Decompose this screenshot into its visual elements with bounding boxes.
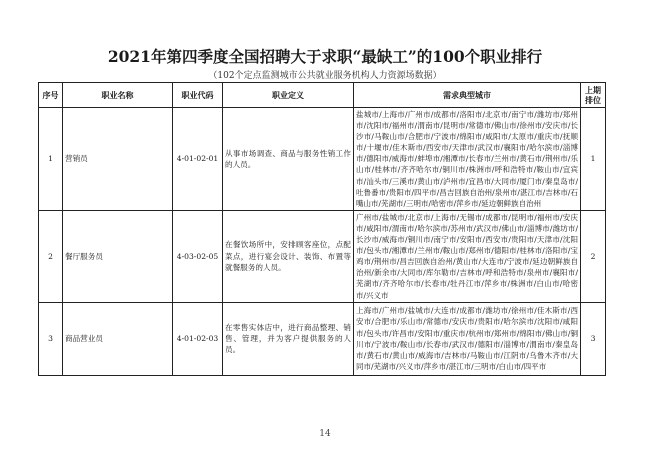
row-seq: 1	[39, 108, 63, 211]
row-seq: 2	[39, 210, 63, 302]
header-seq: 序号	[39, 83, 63, 108]
row-code: 4-01-02-03	[173, 302, 223, 375]
row-definition: 在餐饮场所中，安排顾客座位，点配菜点，进行宴会设计、装饰、布置等就餐服务的人员。	[223, 210, 354, 302]
occupation-ranking-table: 序号 职业名称 职业代码 职业定义 需求典型城市 上期排位 1 营销员 4-01…	[38, 82, 606, 376]
header-code: 职业代码	[173, 83, 223, 108]
row-prev-rank: 3	[581, 302, 606, 375]
header-definition: 职业定义	[223, 83, 354, 108]
row-name: 商品营业员	[63, 302, 173, 375]
row-cities: 广州市/盐城市/北京市/上海市/无锡市/成都市/昆明市/福州市/安庆市/咸阳市/…	[354, 210, 581, 302]
header-name: 职业名称	[63, 83, 173, 108]
document-subtitle: （102个定点监测城市公共就业服务机构人力资源场数据）	[0, 68, 650, 81]
row-code: 4-03-02-05	[173, 210, 223, 302]
table-row: 3 商品营业员 4-01-02-03 在零售实体店中，进行商品整理、销售、管理，…	[39, 302, 606, 375]
document-title: 2021年第四季度全国招聘大于求职“最缺工”的100个职业排行	[0, 45, 650, 67]
row-cities: 上海市/广州市/盐城市/大连市/成都市/潍坊市/徐州市/佳木斯市/西安市/合肥市…	[354, 302, 581, 375]
row-name: 餐厅服务员	[63, 210, 173, 302]
row-seq: 3	[39, 302, 63, 375]
row-definition: 从事市场调查、商品与服务性销工作的人员。	[223, 108, 354, 211]
page-number: 14	[0, 429, 650, 439]
row-code: 4-01-02-01	[173, 108, 223, 211]
row-cities: 盐城市/上海市/广州市/成都市/洛阳市/北京市/南宁市/潍坊市/郑州市/沈阳市/…	[354, 108, 581, 211]
table-row: 1 营销员 4-01-02-01 从事市场调查、商品与服务性销工作的人员。 盐城…	[39, 108, 606, 211]
row-prev-rank: 1	[581, 108, 606, 211]
table-row: 2 餐厅服务员 4-03-02-05 在餐饮场所中，安排顾客座位，点配菜点，进行…	[39, 210, 606, 302]
row-name: 营销员	[63, 108, 173, 211]
header-prev-rank: 上期排位	[581, 83, 606, 108]
row-definition: 在零售实体店中，进行商品整理、销售、管理，并为客户提供服务的人员。	[223, 302, 354, 375]
row-prev-rank: 2	[581, 210, 606, 302]
table-header-row: 序号 职业名称 职业代码 职业定义 需求典型城市 上期排位	[39, 83, 606, 108]
header-cities: 需求典型城市	[354, 83, 581, 108]
